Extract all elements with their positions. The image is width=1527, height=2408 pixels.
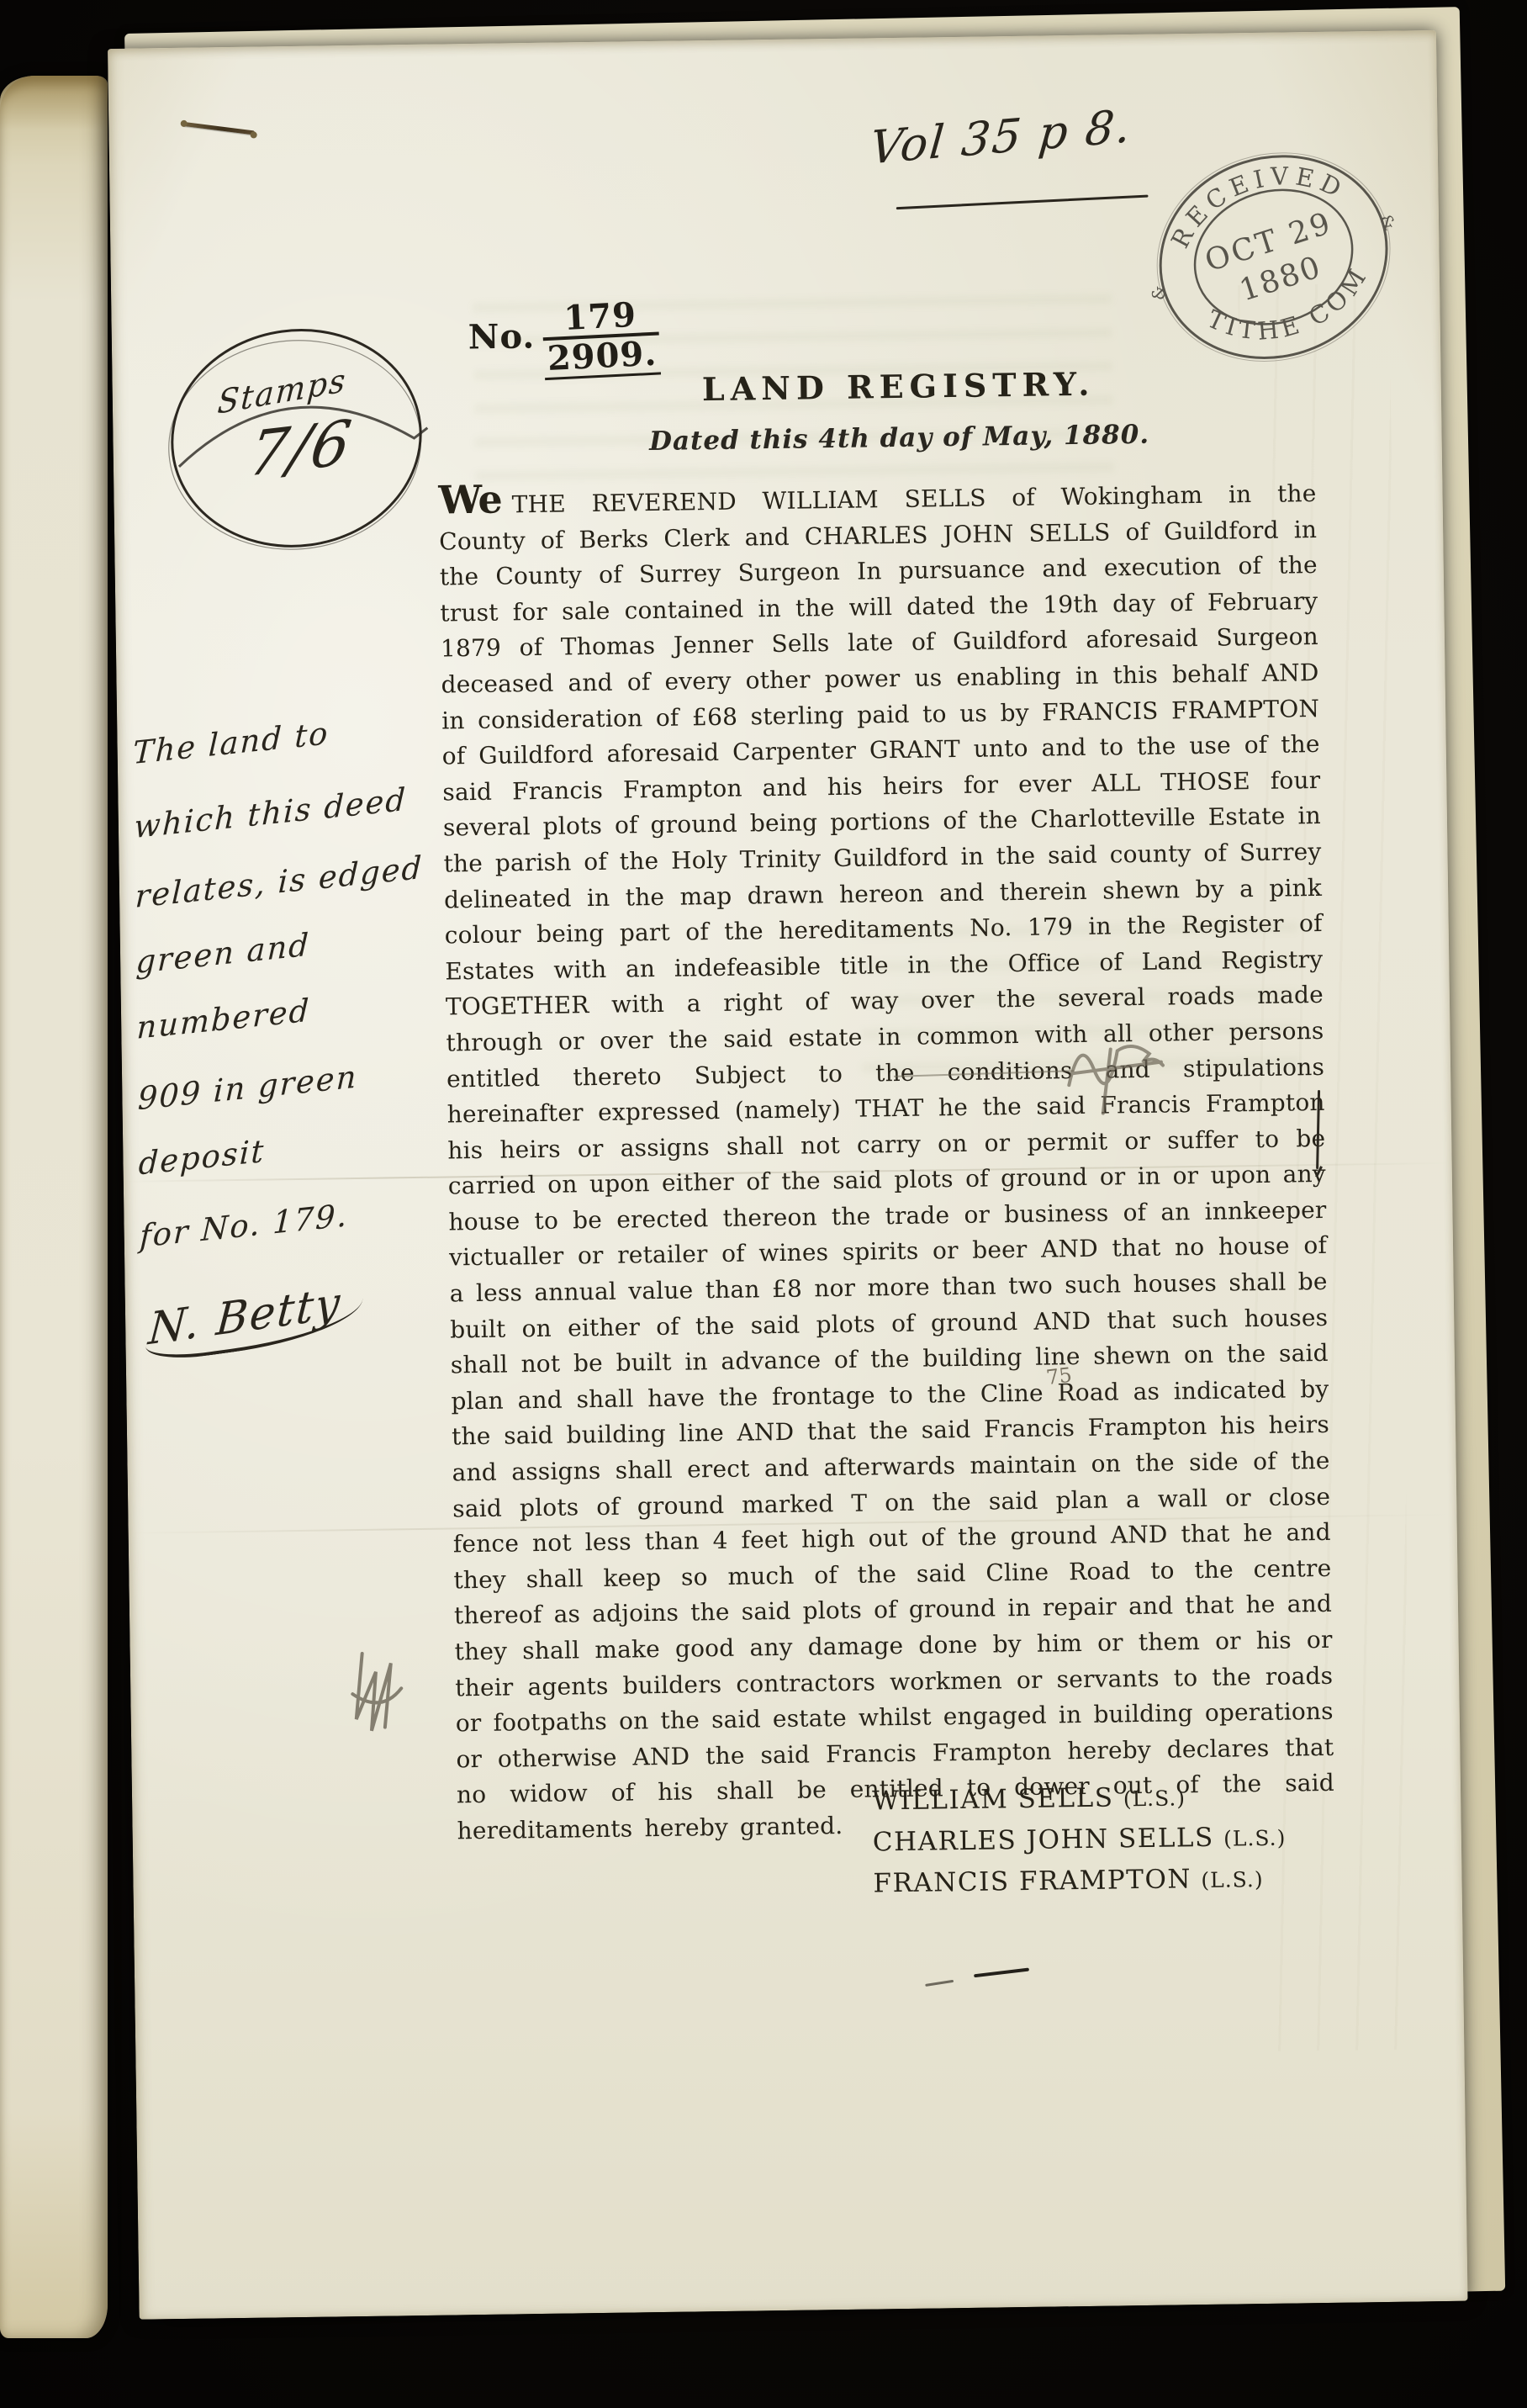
signature-line: WILLIAM SELLS (L.S.) — [872, 1781, 1286, 1817]
margin-note-line: for No. 179. — [139, 1197, 349, 1255]
no-label: No. — [468, 316, 536, 357]
deed-body-paragraph: WeTHE REVEREND WILLIAM SELLS of Wokingha… — [438, 476, 1334, 1850]
signatory-name: CHARLES JOHN SELLS — [873, 1823, 1214, 1858]
seal-abbreviation: (L.S.) — [1123, 1786, 1186, 1811]
page-title: LAND REGISTRY. — [579, 363, 1218, 410]
deed-number-fraction: 1792909. — [542, 297, 662, 381]
stamp-duty-amount: 7/6 — [244, 405, 357, 490]
margin-note-line: deposit — [138, 1133, 266, 1183]
signature-line: CHARLES JOHN SELLS (L.S.) — [873, 1822, 1287, 1858]
signature-line: FRANCIS FRAMPTON (L.S.) — [873, 1863, 1287, 1899]
scanned-deed-photograph: Vol 35 p 8. RECEIVED TITHE COM OCT 29 — [0, 0, 1527, 2408]
deed-number-block: No.1792909. — [468, 299, 660, 379]
margin-note-line: green and — [135, 926, 311, 980]
signatory-name: WILLIAM SELLS — [872, 1782, 1114, 1816]
staple — [182, 122, 255, 135]
margin-note-line: relates, is edged — [135, 849, 424, 915]
stamp-left-ornament: & — [1148, 285, 1169, 301]
ink-dash-mark — [974, 1967, 1029, 1977]
volume-page-note: Vol 35 p 8. — [868, 99, 1134, 175]
seal-abbreviation: (L.S.) — [1223, 1826, 1287, 1851]
signatory-name: FRANCIS FRAMPTON — [873, 1864, 1191, 1898]
deed-opening-word: We — [438, 477, 502, 523]
margin-note-line: which this deed — [134, 781, 408, 845]
margin-note-line: numbered — [136, 992, 311, 1046]
previous-page-edge — [0, 76, 108, 2338]
signature-block: WILLIAM SELLS (L.S.) CHARLES JOHN SELLS … — [872, 1781, 1287, 1910]
stamp-duty-annotation: Stamps 7/6 — [160, 312, 432, 568]
pencil-margin-scribble — [346, 1638, 424, 1748]
deed-page: Vol 35 p 8. RECEIVED TITHE COM OCT 29 — [108, 30, 1468, 2320]
deed-body-text: THE REVEREND WILLIAM SELLS of Wokingham … — [439, 479, 1334, 1844]
ink-dash-mark — [925, 1980, 954, 1987]
seal-abbreviation: (L.S.) — [1201, 1867, 1264, 1892]
margin-note-line: 909 in green — [137, 1058, 358, 1117]
pencil-number-note: 75 — [1045, 1363, 1074, 1389]
margin-note-line: The land to — [132, 715, 330, 771]
pencil-scribble-over-namely — [1061, 1024, 1172, 1127]
margin-note-signature: N. Betty — [145, 1274, 365, 1364]
